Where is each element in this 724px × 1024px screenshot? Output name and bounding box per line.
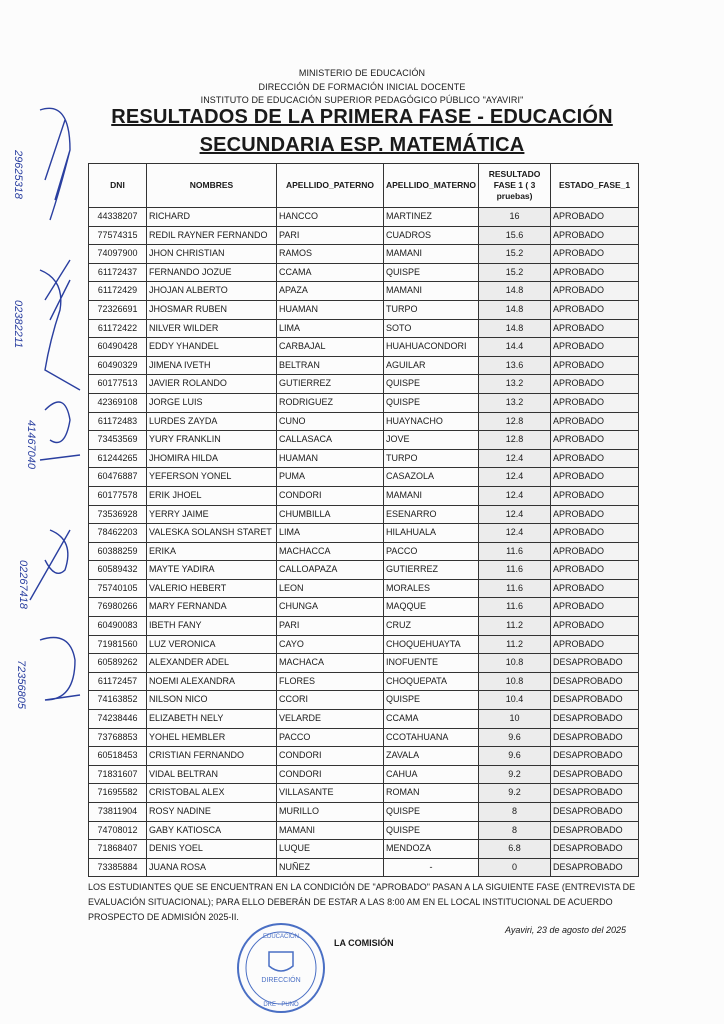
estado-cell: APROBADO: [551, 338, 639, 357]
nombres-cell: ROSY NADINE: [147, 803, 277, 822]
apellido-paterno-cell: PUMA: [277, 468, 384, 487]
apellido-materno-cell: QUISPE: [384, 821, 479, 840]
nombres-cell: EDDY YHANDEL: [147, 338, 277, 357]
apellido-materno-cell: CUADROS: [384, 226, 479, 245]
nombres-cell: RICHARD: [147, 208, 277, 227]
resultado-cell: 13.2: [479, 375, 551, 394]
table-row: 77574315REDIL RAYNER FERNANDOPARICUADROS…: [89, 226, 639, 245]
col-estado: ESTADO_FASE_1: [551, 164, 639, 208]
table-row: 74163852NILSON NICOCCORIQUISPE10.4DESAPR…: [89, 691, 639, 710]
dni-cell: 73385884: [89, 858, 147, 877]
dni-cell: 61172422: [89, 319, 147, 338]
estado-cell: APROBADO: [551, 579, 639, 598]
apellido-materno-cell: QUISPE: [384, 803, 479, 822]
col-resultado: RESULTADO FASE 1 ( 3 pruebas): [479, 164, 551, 208]
table-row: 71831607VIDAL BELTRANCONDORICAHUA9.2DESA…: [89, 765, 639, 784]
apellido-paterno-cell: LUQUE: [277, 840, 384, 859]
nombres-cell: MARY FERNANDA: [147, 598, 277, 617]
table-row: 61172422NILVER WILDERLIMASOTO14.8APROBAD…: [89, 319, 639, 338]
apellido-paterno-cell: RAMOS: [277, 245, 384, 264]
apellido-paterno-cell: CONDORI: [277, 486, 384, 505]
apellido-paterno-cell: CUNO: [277, 412, 384, 431]
apellido-materno-cell: SOTO: [384, 319, 479, 338]
resultado-cell: 10: [479, 710, 551, 729]
apellido-paterno-cell: CARBAJAL: [277, 338, 384, 357]
dni-cell: 60177578: [89, 486, 147, 505]
table-row: 71695582CRISTOBAL ALEXVILLASANTEROMAN9.2…: [89, 784, 639, 803]
dni-cell: 60388259: [89, 542, 147, 561]
estado-cell: DESAPROBADO: [551, 728, 639, 747]
nombres-cell: NILSON NICO: [147, 691, 277, 710]
handwritten-signatures: 29625318 02382211 41467040 02267418 7235…: [0, 80, 95, 740]
table-row: 76980266MARY FERNANDACHUNGAMAQQUE11.6APR…: [89, 598, 639, 617]
dni-cell: 61172429: [89, 282, 147, 301]
estado-cell: APROBADO: [551, 468, 639, 487]
apellido-paterno-cell: HUAMAN: [277, 449, 384, 468]
table-row: 60589432MAYTE YADIRACALLOAPAZAGUTIERREZ1…: [89, 561, 639, 580]
estado-cell: APROBADO: [551, 319, 639, 338]
apellido-materno-cell: QUISPE: [384, 375, 479, 394]
nombres-cell: IBETH FANY: [147, 617, 277, 636]
table-row: 61172437FERNANDO JOZUECCAMAQUISPE15.2APR…: [89, 263, 639, 282]
estado-cell: APROBADO: [551, 449, 639, 468]
apellido-materno-cell: CRUZ: [384, 617, 479, 636]
table-row: 73385884JUANA ROSANUÑEZ-0DESAPROBADO: [89, 858, 639, 877]
resultado-cell: 11.6: [479, 579, 551, 598]
estado-cell: DESAPROBADO: [551, 803, 639, 822]
apellido-paterno-cell: MURILLO: [277, 803, 384, 822]
apellido-materno-cell: MENDOZA: [384, 840, 479, 859]
svg-text:41467040: 41467040: [25, 420, 37, 470]
estado-cell: APROBADO: [551, 635, 639, 654]
apellido-paterno-cell: NUÑEZ: [277, 858, 384, 877]
nombres-cell: NILVER WILDER: [147, 319, 277, 338]
nombres-cell: CRISTIAN FERNANDO: [147, 747, 277, 766]
estado-cell: APROBADO: [551, 431, 639, 450]
resultado-cell: 0: [479, 858, 551, 877]
apellido-materno-cell: CHOQUEPATA: [384, 672, 479, 691]
apellido-materno-cell: TURPO: [384, 300, 479, 319]
apellido-paterno-cell: CONDORI: [277, 765, 384, 784]
apellido-materno-cell: MAMANI: [384, 245, 479, 264]
ministry-line: MINISTERIO DE EDUCACIÓN: [0, 68, 724, 78]
nombres-cell: YEFERSON YONEL: [147, 468, 277, 487]
table-row: 60518453CRISTIAN FERNANDOCONDORIZAVALA9.…: [89, 747, 639, 766]
apellido-materno-cell: MORALES: [384, 579, 479, 598]
apellido-materno-cell: CCOTAHUANA: [384, 728, 479, 747]
nombres-cell: VALESKA SOLANSH STARET: [147, 524, 277, 543]
resultado-cell: 11.6: [479, 561, 551, 580]
apellido-materno-cell: ZAVALA: [384, 747, 479, 766]
table-row: 73453569YURY FRANKLINCALLASACAJOVE12.8AP…: [89, 431, 639, 450]
dni-cell: 42369108: [89, 393, 147, 412]
resultado-cell: 12.4: [479, 505, 551, 524]
resultado-cell: 11.6: [479, 542, 551, 561]
apellido-paterno-cell: CALLOAPAZA: [277, 561, 384, 580]
nombres-cell: JHOMIRA HILDA: [147, 449, 277, 468]
apellido-paterno-cell: CCAMA: [277, 263, 384, 282]
resultado-cell: 9.2: [479, 765, 551, 784]
apellido-materno-cell: GUTIERREZ: [384, 561, 479, 580]
date-line: Ayaviri, 23 de agosto del 2025: [505, 925, 626, 935]
nombres-cell: JAVIER ROLANDO: [147, 375, 277, 394]
resultado-cell: 8: [479, 803, 551, 822]
dni-cell: 75740105: [89, 579, 147, 598]
resultado-cell: 10.4: [479, 691, 551, 710]
estado-cell: APROBADO: [551, 617, 639, 636]
apellido-paterno-cell: MACHACCA: [277, 542, 384, 561]
apellido-paterno-cell: VILLASANTE: [277, 784, 384, 803]
resultado-cell: 10.8: [479, 672, 551, 691]
nombres-cell: FERNANDO JOZUE: [147, 263, 277, 282]
official-seal-icon: DIRECCIÓN EDUCACIÓN DRE - PUNO: [235, 922, 327, 1014]
dni-cell: 73453569: [89, 431, 147, 450]
resultado-cell: 9.6: [479, 747, 551, 766]
apellido-materno-cell: ROMAN: [384, 784, 479, 803]
nombres-cell: ERIK JHOEL: [147, 486, 277, 505]
nombres-cell: LURDES ZAYDA: [147, 412, 277, 431]
dni-cell: 60177513: [89, 375, 147, 394]
estado-cell: APROBADO: [551, 375, 639, 394]
nombres-cell: GABY KATIOSCA: [147, 821, 277, 840]
apellido-paterno-cell: FLORES: [277, 672, 384, 691]
estado-cell: APROBADO: [551, 524, 639, 543]
table-row: 71981560LUZ VERONICACAYOCHOQUEHUAYTA11.2…: [89, 635, 639, 654]
resultado-cell: 6.8: [479, 840, 551, 859]
nombres-cell: NOEMI ALEXANDRA: [147, 672, 277, 691]
estado-cell: APROBADO: [551, 393, 639, 412]
dni-cell: 71831607: [89, 765, 147, 784]
apellido-materno-cell: JOVE: [384, 431, 479, 450]
resultado-cell: 15.6: [479, 226, 551, 245]
apellido-materno-cell: HUAYNACHO: [384, 412, 479, 431]
dni-cell: 74097900: [89, 245, 147, 264]
resultado-cell: 13.6: [479, 356, 551, 375]
apellido-paterno-cell: GUTIERREZ: [277, 375, 384, 394]
dni-cell: 71695582: [89, 784, 147, 803]
resultado-cell: 9.6: [479, 728, 551, 747]
dni-cell: 73536928: [89, 505, 147, 524]
estado-cell: DESAPROBADO: [551, 672, 639, 691]
apellido-paterno-cell: LIMA: [277, 319, 384, 338]
estado-cell: APROBADO: [551, 263, 639, 282]
estado-cell: DESAPROBADO: [551, 747, 639, 766]
dni-cell: 60476887: [89, 468, 147, 487]
nombres-cell: REDIL RAYNER FERNANDO: [147, 226, 277, 245]
nombres-cell: YERRY JAIME: [147, 505, 277, 524]
svg-text:02267418: 02267418: [17, 560, 29, 610]
nombres-cell: JHOJAN ALBERTO: [147, 282, 277, 301]
nombres-cell: JIMENA IVETH: [147, 356, 277, 375]
estado-cell: APROBADO: [551, 226, 639, 245]
dni-cell: 72326691: [89, 300, 147, 319]
dni-cell: 77574315: [89, 226, 147, 245]
apellido-paterno-cell: PARI: [277, 226, 384, 245]
dni-cell: 61244265: [89, 449, 147, 468]
dni-cell: 73811904: [89, 803, 147, 822]
dni-cell: 44338207: [89, 208, 147, 227]
commission-label: LA COMISIÓN: [334, 938, 394, 948]
resultado-cell: 11.2: [479, 635, 551, 654]
apellido-paterno-cell: LEON: [277, 579, 384, 598]
resultado-cell: 14.4: [479, 338, 551, 357]
apellido-materno-cell: CCAMA: [384, 710, 479, 729]
table-row: 60388259ERIKAMACHACCAPACCO11.6APROBADO: [89, 542, 639, 561]
nombres-cell: ELIZABETH NELY: [147, 710, 277, 729]
nombres-cell: YOHEL HEMBLER: [147, 728, 277, 747]
page-subtitle: SECUNDARIA ESP. MATEMÁTICA: [0, 134, 724, 157]
estado-cell: DESAPROBADO: [551, 784, 639, 803]
apellido-paterno-cell: CALLASACA: [277, 431, 384, 450]
svg-text:DRE - PUNO: DRE - PUNO: [263, 1002, 299, 1008]
dni-cell: 60518453: [89, 747, 147, 766]
estado-cell: APROBADO: [551, 208, 639, 227]
nombres-cell: MAYTE YADIRA: [147, 561, 277, 580]
resultado-cell: 8: [479, 821, 551, 840]
dni-cell: 71868407: [89, 840, 147, 859]
table-row: 74097900JHON CHRISTIANRAMOSMAMANI15.2APR…: [89, 245, 639, 264]
table-header-row: DNI NOMBRES APELLIDO_PATERNO APELLIDO_MA…: [89, 164, 639, 208]
resultado-cell: 10.8: [479, 654, 551, 673]
apellido-paterno-cell: RODRIGUEZ: [277, 393, 384, 412]
svg-text:29625318: 29625318: [12, 149, 24, 200]
apellido-materno-cell: HILAHUALA: [384, 524, 479, 543]
resultado-cell: 14.8: [479, 300, 551, 319]
apellido-paterno-cell: HANCCO: [277, 208, 384, 227]
table-row: 72326691JHOSMAR RUBENHUAMANTURPO14.8APRO…: [89, 300, 639, 319]
estado-cell: DESAPROBADO: [551, 840, 639, 859]
estado-cell: APROBADO: [551, 598, 639, 617]
table-row: 78462203VALESKA SOLANSH STARETLIMAHILAHU…: [89, 524, 639, 543]
resultado-cell: 9.2: [479, 784, 551, 803]
estado-cell: DESAPROBADO: [551, 858, 639, 877]
nombres-cell: ALEXANDER ADEL: [147, 654, 277, 673]
dni-cell: 74708012: [89, 821, 147, 840]
svg-text:EDUCACIÓN: EDUCACIÓN: [263, 933, 299, 940]
svg-text:02382211: 02382211: [12, 300, 24, 348]
page-title: RESULTADOS DE LA PRIMERA FASE - EDUCACIÓ…: [0, 106, 724, 129]
resultado-cell: 15.2: [479, 263, 551, 282]
table-row: 60490083IBETH FANYPARICRUZ11.2APROBADO: [89, 617, 639, 636]
resultado-cell: 12.4: [479, 524, 551, 543]
dni-cell: 71981560: [89, 635, 147, 654]
table-row: 60589262ALEXANDER ADELMACHACAINOFUENTE10…: [89, 654, 639, 673]
estado-cell: APROBADO: [551, 245, 639, 264]
estado-cell: APROBADO: [551, 300, 639, 319]
estado-cell: APROBADO: [551, 282, 639, 301]
table-row: 61172429JHOJAN ALBERTOAPAZAMAMANI14.8APR…: [89, 282, 639, 301]
apellido-paterno-cell: CHUNGA: [277, 598, 384, 617]
resultado-cell: 14.8: [479, 319, 551, 338]
estado-cell: DESAPROBADO: [551, 710, 639, 729]
apellido-materno-cell: QUISPE: [384, 263, 479, 282]
nombres-cell: ERIKA: [147, 542, 277, 561]
resultado-cell: 12.8: [479, 431, 551, 450]
nombres-cell: YURY FRANKLIN: [147, 431, 277, 450]
apellido-materno-cell: MAMANI: [384, 282, 479, 301]
apellido-paterno-cell: BELTRAN: [277, 356, 384, 375]
dni-cell: 60589262: [89, 654, 147, 673]
table-row: 73536928YERRY JAIMECHUMBILLAESENARRO12.4…: [89, 505, 639, 524]
institute-line: INSTITUTO DE EDUCACIÓN SUPERIOR PEDAGÓGI…: [0, 95, 724, 105]
resultado-cell: 12.4: [479, 449, 551, 468]
estado-cell: APROBADO: [551, 542, 639, 561]
apellido-materno-cell: TURPO: [384, 449, 479, 468]
dni-cell: 60490428: [89, 338, 147, 357]
nombres-cell: JHON CHRISTIAN: [147, 245, 277, 264]
table-row: 61172483LURDES ZAYDACUNOHUAYNACHO12.8APR…: [89, 412, 639, 431]
nombres-cell: LUZ VERONICA: [147, 635, 277, 654]
col-dni: DNI: [89, 164, 147, 208]
direction-line: DIRECCIÓN DE FORMACIÓN INICIAL DOCENTE: [0, 82, 724, 92]
col-apellido-paterno: APELLIDO_PATERNO: [277, 164, 384, 208]
col-apellido-materno: APELLIDO_MATERNO: [384, 164, 479, 208]
resultado-cell: 12.8: [479, 412, 551, 431]
estado-cell: APROBADO: [551, 356, 639, 375]
apellido-materno-cell: CAHUA: [384, 765, 479, 784]
dni-cell: 61172437: [89, 263, 147, 282]
svg-text:DIRECCIÓN: DIRECCIÓN: [261, 975, 300, 984]
apellido-materno-cell: CASAZOLA: [384, 468, 479, 487]
apellido-paterno-cell: MAMANI: [277, 821, 384, 840]
table-row: 74238446ELIZABETH NELYVELARDECCAMA10DESA…: [89, 710, 639, 729]
apellido-paterno-cell: VELARDE: [277, 710, 384, 729]
table-row: 42369108JORGE LUISRODRIGUEZQUISPE13.2APR…: [89, 393, 639, 412]
apellido-paterno-cell: CAYO: [277, 635, 384, 654]
apellido-materno-cell: MAQQUE: [384, 598, 479, 617]
dni-cell: 73768853: [89, 728, 147, 747]
svg-text:72356805: 72356805: [15, 660, 27, 710]
nombres-cell: JHOSMAR RUBEN: [147, 300, 277, 319]
apellido-materno-cell: MARTINEZ: [384, 208, 479, 227]
apellido-paterno-cell: CCORI: [277, 691, 384, 710]
table-row: 60476887YEFERSON YONELPUMACASAZOLA12.4AP…: [89, 468, 639, 487]
estado-cell: APROBADO: [551, 505, 639, 524]
table-row: 60177513JAVIER ROLANDOGUTIERREZQUISPE13.…: [89, 375, 639, 394]
dni-cell: 74238446: [89, 710, 147, 729]
table-row: 60490428EDDY YHANDELCARBAJALHUAHUACONDOR…: [89, 338, 639, 357]
nombres-cell: VIDAL BELTRAN: [147, 765, 277, 784]
estado-cell: DESAPROBADO: [551, 654, 639, 673]
resultado-cell: 15.2: [479, 245, 551, 264]
table-row: 75740105VALERIO HEBERTLEONMORALES11.6APR…: [89, 579, 639, 598]
nombres-cell: CRISTOBAL ALEX: [147, 784, 277, 803]
apellido-materno-cell: CHOQUEHUAYTA: [384, 635, 479, 654]
table-row: 61172457NOEMI ALEXANDRAFLORESCHOQUEPATA1…: [89, 672, 639, 691]
resultado-cell: 14.8: [479, 282, 551, 301]
apellido-materno-cell: ESENARRO: [384, 505, 479, 524]
table-row: 60177578ERIK JHOELCONDORIMAMANI12.4APROB…: [89, 486, 639, 505]
apellido-materno-cell: QUISPE: [384, 393, 479, 412]
apellido-paterno-cell: LIMA: [277, 524, 384, 543]
table-row: 71868407DENIS YOELLUQUEMENDOZA6.8DESAPRO…: [89, 840, 639, 859]
col-nombres: NOMBRES: [147, 164, 277, 208]
apellido-paterno-cell: HUAMAN: [277, 300, 384, 319]
dni-cell: 61172457: [89, 672, 147, 691]
dni-cell: 74163852: [89, 691, 147, 710]
resultado-cell: 12.4: [479, 468, 551, 487]
resultado-cell: 12.4: [479, 486, 551, 505]
dni-cell: 60490083: [89, 617, 147, 636]
resultado-cell: 11.2: [479, 617, 551, 636]
estado-cell: DESAPROBADO: [551, 765, 639, 784]
dni-cell: 78462203: [89, 524, 147, 543]
resultado-cell: 11.6: [479, 598, 551, 617]
apellido-materno-cell: -: [384, 858, 479, 877]
resultado-cell: 16: [479, 208, 551, 227]
nombres-cell: DENIS YOEL: [147, 840, 277, 859]
nombres-cell: JORGE LUIS: [147, 393, 277, 412]
estado-cell: DESAPROBADO: [551, 691, 639, 710]
estado-cell: APROBADO: [551, 486, 639, 505]
apellido-materno-cell: HUAHUACONDORI: [384, 338, 479, 357]
apellido-materno-cell: QUISPE: [384, 691, 479, 710]
table-row: 73811904ROSY NADINEMURILLOQUISPE8DESAPRO…: [89, 803, 639, 822]
apellido-paterno-cell: MACHACA: [277, 654, 384, 673]
dni-cell: 61172483: [89, 412, 147, 431]
results-table: DNI NOMBRES APELLIDO_PATERNO APELLIDO_MA…: [88, 163, 639, 877]
dni-cell: 60589432: [89, 561, 147, 580]
table-row: 60490329JIMENA IVETHBELTRANAGUILAR13.6AP…: [89, 356, 639, 375]
nombres-cell: JUANA ROSA: [147, 858, 277, 877]
resultado-cell: 13.2: [479, 393, 551, 412]
apellido-paterno-cell: APAZA: [277, 282, 384, 301]
estado-cell: DESAPROBADO: [551, 821, 639, 840]
apellido-materno-cell: MAMANI: [384, 486, 479, 505]
estado-cell: APROBADO: [551, 561, 639, 580]
nombres-cell: VALERIO HEBERT: [147, 579, 277, 598]
table-row: 61244265JHOMIRA HILDAHUAMANTURPO12.4APRO…: [89, 449, 639, 468]
apellido-materno-cell: INOFUENTE: [384, 654, 479, 673]
apellido-materno-cell: PACCO: [384, 542, 479, 561]
dni-cell: 76980266: [89, 598, 147, 617]
estado-cell: APROBADO: [551, 412, 639, 431]
dni-cell: 60490329: [89, 356, 147, 375]
table-row: 44338207RICHARDHANCCOMARTINEZ16APROBADO: [89, 208, 639, 227]
apellido-paterno-cell: CONDORI: [277, 747, 384, 766]
apellido-paterno-cell: CHUMBILLA: [277, 505, 384, 524]
table-row: 74708012GABY KATIOSCAMAMANIQUISPE8DESAPR…: [89, 821, 639, 840]
footer-note: LOS ESTUDIANTES QUE SE ENCUENTRAN EN LA …: [88, 880, 648, 925]
apellido-paterno-cell: PARI: [277, 617, 384, 636]
table-row: 73768853YOHEL HEMBLERPACCOCCOTAHUANA9.6D…: [89, 728, 639, 747]
apellido-materno-cell: AGUILAR: [384, 356, 479, 375]
apellido-paterno-cell: PACCO: [277, 728, 384, 747]
